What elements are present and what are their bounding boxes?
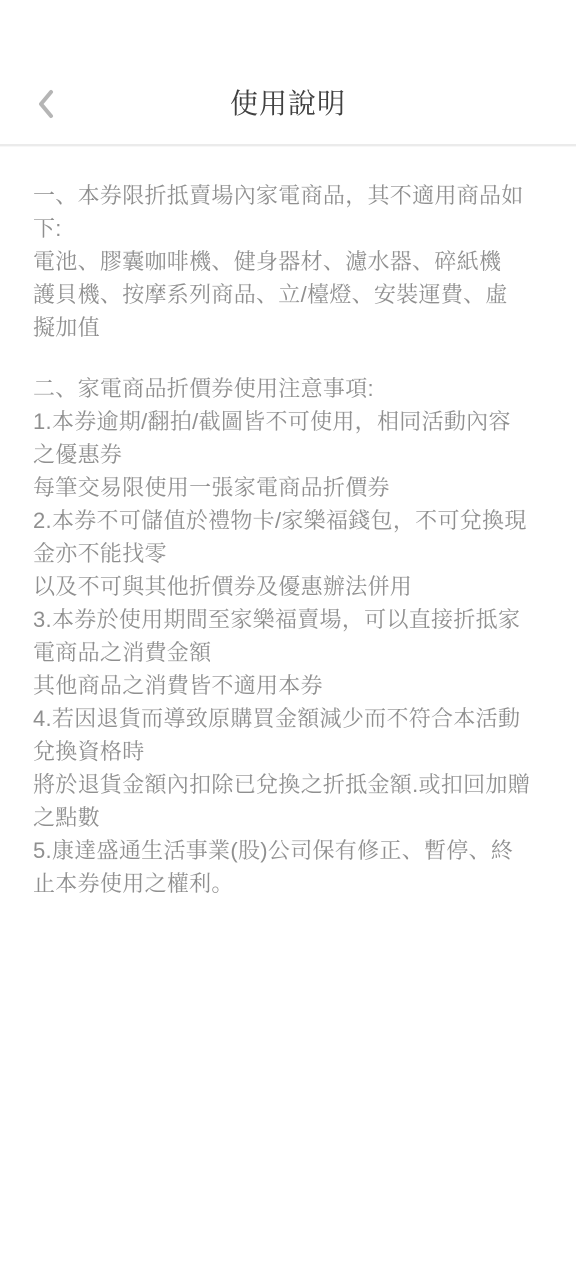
instruction-line: 每筆交易限使用一張家電商品折價券: [33, 471, 548, 504]
instruction-line: 1.本券逾期/翻拍/截圖皆不可使用，相同活動內容: [33, 405, 548, 438]
instruction-line: 其他商品之消費皆不適用本券: [33, 669, 548, 702]
instruction-line: 一、本券限折抵賣場內家電商品，其不適用商品如: [33, 179, 548, 212]
instruction-line: 3.本券於使用期間至家樂福賣場，可以直接折抵家: [33, 603, 548, 636]
instruction-line: 止本券使用之權利。: [33, 867, 548, 900]
instruction-line: 二、家電商品折價券使用注意事項:: [33, 372, 548, 405]
instruction-line: 之優惠券: [33, 438, 548, 471]
instruction-line: 電池、膠囊咖啡機、健身器材、濾水器、碎紙機: [33, 245, 548, 278]
instruction-line: 2.本券不可儲值於禮物卡/家樂福錢包，不可兌換現: [33, 504, 548, 537]
instruction-line: 下:: [33, 212, 548, 245]
page-title: 使用說明: [0, 84, 576, 124]
instructions-paragraph-1: 一、本券限折抵賣場內家電商品，其不適用商品如 下: 電池、膠囊咖啡機、健身器材、…: [33, 179, 548, 344]
instruction-line: 護貝機、按摩系列商品、立/檯燈、安裝運費、虛: [33, 278, 548, 311]
header: 使用說明: [0, 0, 576, 146]
instruction-line: 兌換資格時: [33, 735, 548, 768]
instruction-line: 以及不可與其他折價券及優惠辦法併用: [33, 570, 548, 603]
instruction-line: 擬加值: [33, 311, 548, 344]
instruction-line: 5.康達盛通生活事業(股)公司保有修正、暫停、終: [33, 834, 548, 867]
instruction-line: 之點數: [33, 801, 548, 834]
instruction-line: 電商品之消費金額: [33, 636, 548, 669]
instructions-paragraph-2: 二、家電商品折價券使用注意事項: 1.本券逾期/翻拍/截圖皆不可使用，相同活動內…: [33, 372, 548, 900]
instruction-line: 將於退貨金額內扣除已兌換之折抵金額.或扣回加贈: [33, 768, 548, 801]
content-scroll-area[interactable]: 一、本券限折抵賣場內家電商品，其不適用商品如 下: 電池、膠囊咖啡機、健身器材、…: [0, 146, 576, 900]
instruction-line: 金亦不能找零: [33, 537, 548, 570]
instruction-line: 4.若因退貨而導致原購買金額減少而不符合本活動: [33, 702, 548, 735]
